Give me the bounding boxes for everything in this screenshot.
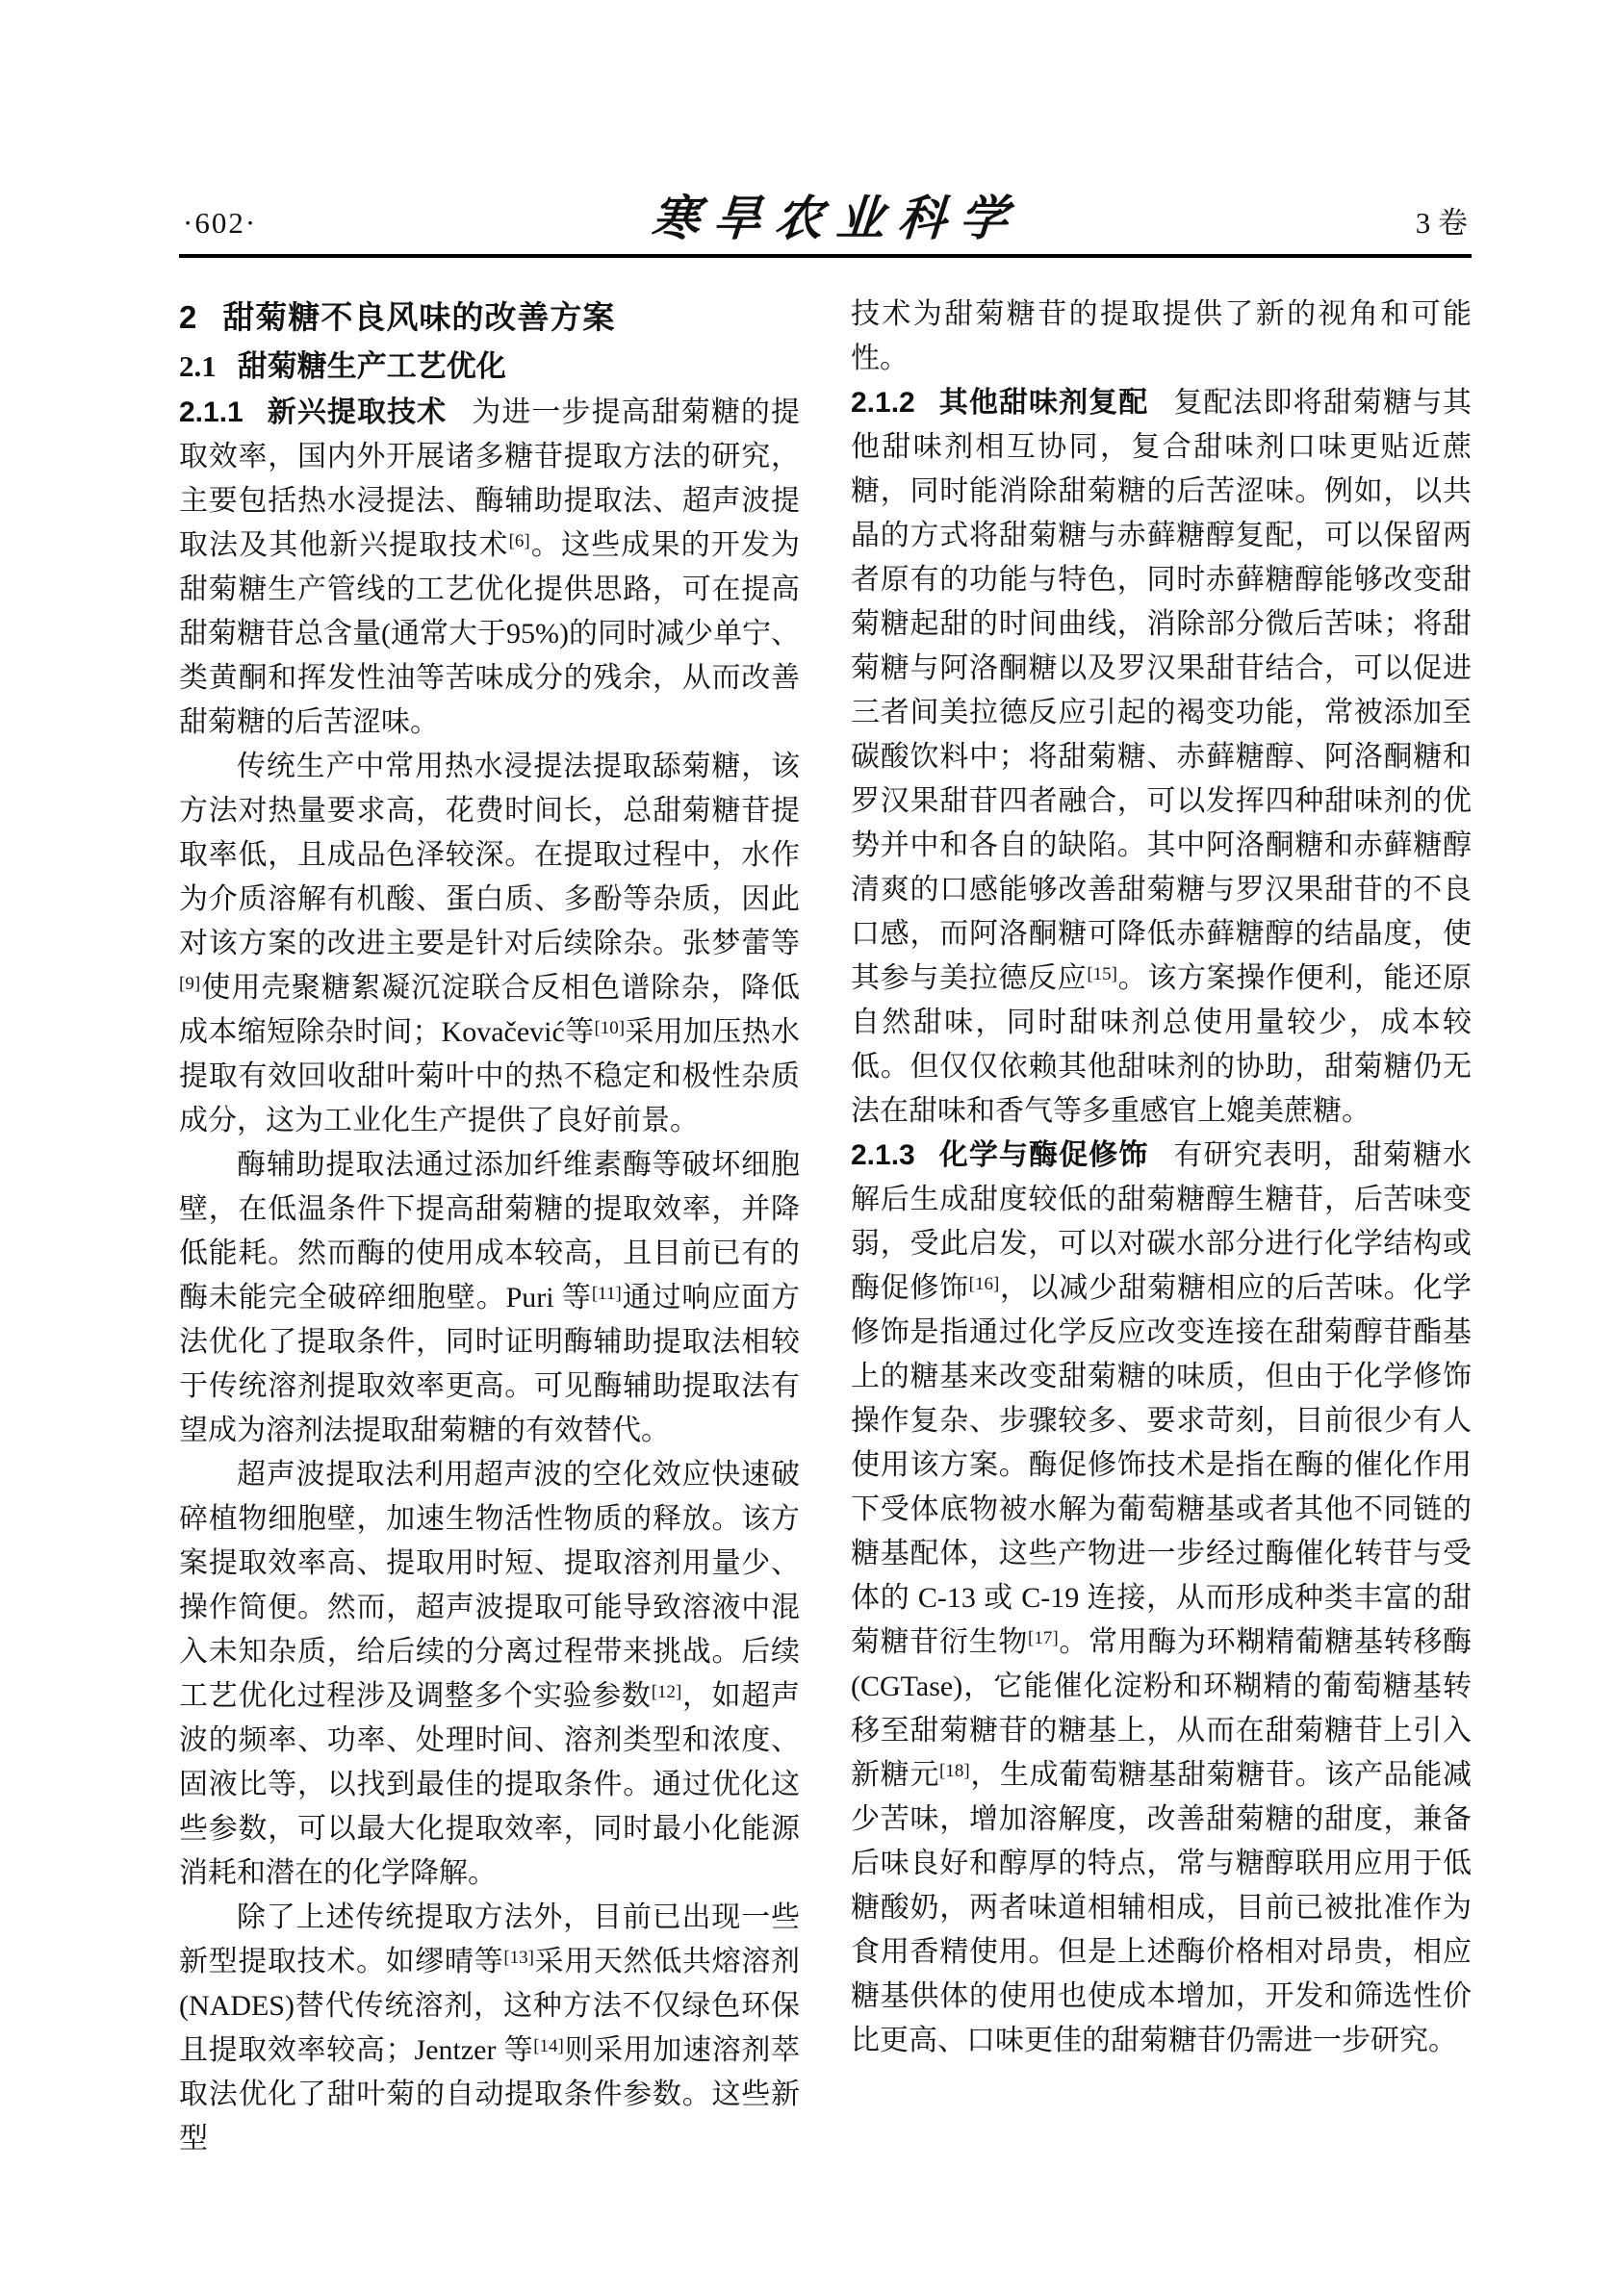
runin-heading-title: 其他甜味剂复配: [938, 387, 1149, 419]
paragraph-text: 复配法即将甜菊糖与其他甜味剂相互协同，复合甜味剂口味更贴近蔗糖，同时能消除甜菊糖…: [851, 387, 1472, 994]
volume-label: 3 卷: [1416, 198, 1468, 242]
reference-marker: [6]: [509, 531, 530, 551]
paragraph-text: 传统生产中常用热水浸提法提取舔菊糖，该方法对热量要求高，花费时间长，总甜菊糖苷提…: [179, 751, 800, 959]
running-head: ·602· 寒旱农业科学 3 卷: [179, 192, 1472, 248]
journal-page: ·602· 寒旱农业科学 3 卷 2甜菊糖不良风味的改善方案2.1甜菊糖生产工艺…: [0, 0, 1614, 2296]
heading-number: 2.1: [179, 349, 217, 383]
runin-heading-number: 2.1.2: [851, 387, 915, 419]
page-number: ·602·: [183, 206, 257, 241]
reference-marker: [13]: [503, 1948, 534, 1968]
right-column: 技术为甜菊糖苷的提取提供了新的视角和可能性。2.1.2其他甜味剂复配复配法即将甜…: [851, 293, 1472, 2161]
runin-heading-number: 2.1.1: [179, 396, 243, 428]
runin-heading-title: 化学与酶促修饰: [938, 1139, 1149, 1171]
heading-title: 甜菊糖生产工艺优化: [238, 349, 506, 383]
body-paragraph: 2.1.3化学与酶促修饰有研究表明，甜菊糖水解后生成甜度较低的甜菊糖醇生糖苷，后…: [851, 1134, 1472, 2063]
reference-marker: [10]: [594, 1018, 625, 1038]
body-paragraph: 技术为甜菊糖苷的提取提供了新的视角和可能性。: [851, 293, 1472, 381]
reference-marker: [11]: [592, 1284, 622, 1304]
journal-title-calligraphy: 寒旱农业科学: [650, 194, 1022, 242]
body-paragraph: 传统生产中常用热水浸提法提取舔菊糖，该方法对热量要求高，花费时间长，总甜菊糖苷提…: [179, 745, 800, 1143]
two-column-body: 2甜菊糖不良风味的改善方案2.1甜菊糖生产工艺优化2.1.1新兴提取技术为进一步…: [179, 293, 1472, 2161]
body-paragraph: 2.1.2其他甜味剂复配复配法即将甜菊糖与其他甜味剂相互协同，复合甜味剂口味更贴…: [851, 381, 1472, 1134]
page-content: ·602· 寒旱农业科学 3 卷 2甜菊糖不良风味的改善方案2.1甜菊糖生产工艺…: [179, 192, 1472, 2161]
left-column: 2甜菊糖不良风味的改善方案2.1甜菊糖生产工艺优化2.1.1新兴提取技术为进一步…: [179, 293, 800, 2161]
reference-marker: [9]: [179, 974, 200, 994]
body-paragraph: 超声波提取法利用超声波的空化效应快速破碎植物细胞壁，加速生物活性物质的释放。该方…: [179, 1453, 800, 1896]
runin-heading-number: 2.1.3: [851, 1139, 915, 1171]
reference-marker: [15]: [1087, 964, 1117, 984]
paragraph-text: ，以减少甜菊糖相应的后苦味。化学修饰是指通过化学反应改变连接在甜菊醇苷酯基上的糖…: [851, 1272, 1472, 1658]
reference-marker: [14]: [533, 2036, 564, 2056]
reference-marker: [17]: [1028, 1628, 1059, 1648]
heading-title: 甜菊糖不良风味的改善方案: [222, 299, 615, 335]
body-paragraph: 2.1.1新兴提取技术为进一步提高甜菊糖的提取效率，国内外开展诸多糖苷提取方法的…: [179, 391, 800, 745]
reference-marker: [16]: [969, 1274, 1000, 1294]
heading-number: 2: [179, 299, 197, 335]
paragraph-text: 超声波提取法利用超声波的空化效应快速破碎植物细胞壁，加速生物活性物质的释放。该方…: [179, 1459, 800, 1712]
reference-marker: [18]: [939, 1761, 970, 1781]
paragraph-text: 技术为甜菊糖苷的提取提供了新的视角和可能性。: [851, 298, 1472, 374]
body-paragraph: 酶辅助提取法通过添加纤维素酶等破坏细胞壁，在低温条件下提高甜菊糖的提取效率，并降…: [179, 1143, 800, 1453]
section-heading: 2甜菊糖不良风味的改善方案: [179, 293, 800, 343]
header-rule: [179, 254, 1472, 258]
reference-marker: [12]: [652, 1682, 682, 1702]
subsection-heading: 2.1甜菊糖生产工艺优化: [179, 343, 800, 391]
paragraph-text: ，生成葡萄糖基甜菊糖苷。该产品能减少苦味，增加溶解度，改善甜菊糖的甜度，兼备后味…: [851, 1759, 1472, 2056]
body-paragraph: 除了上述传统提取方法外，目前已出现一些新型提取技术。如缪晴等[13]采用天然低共…: [179, 1896, 800, 2161]
runin-heading-title: 新兴提取技术: [267, 396, 448, 428]
